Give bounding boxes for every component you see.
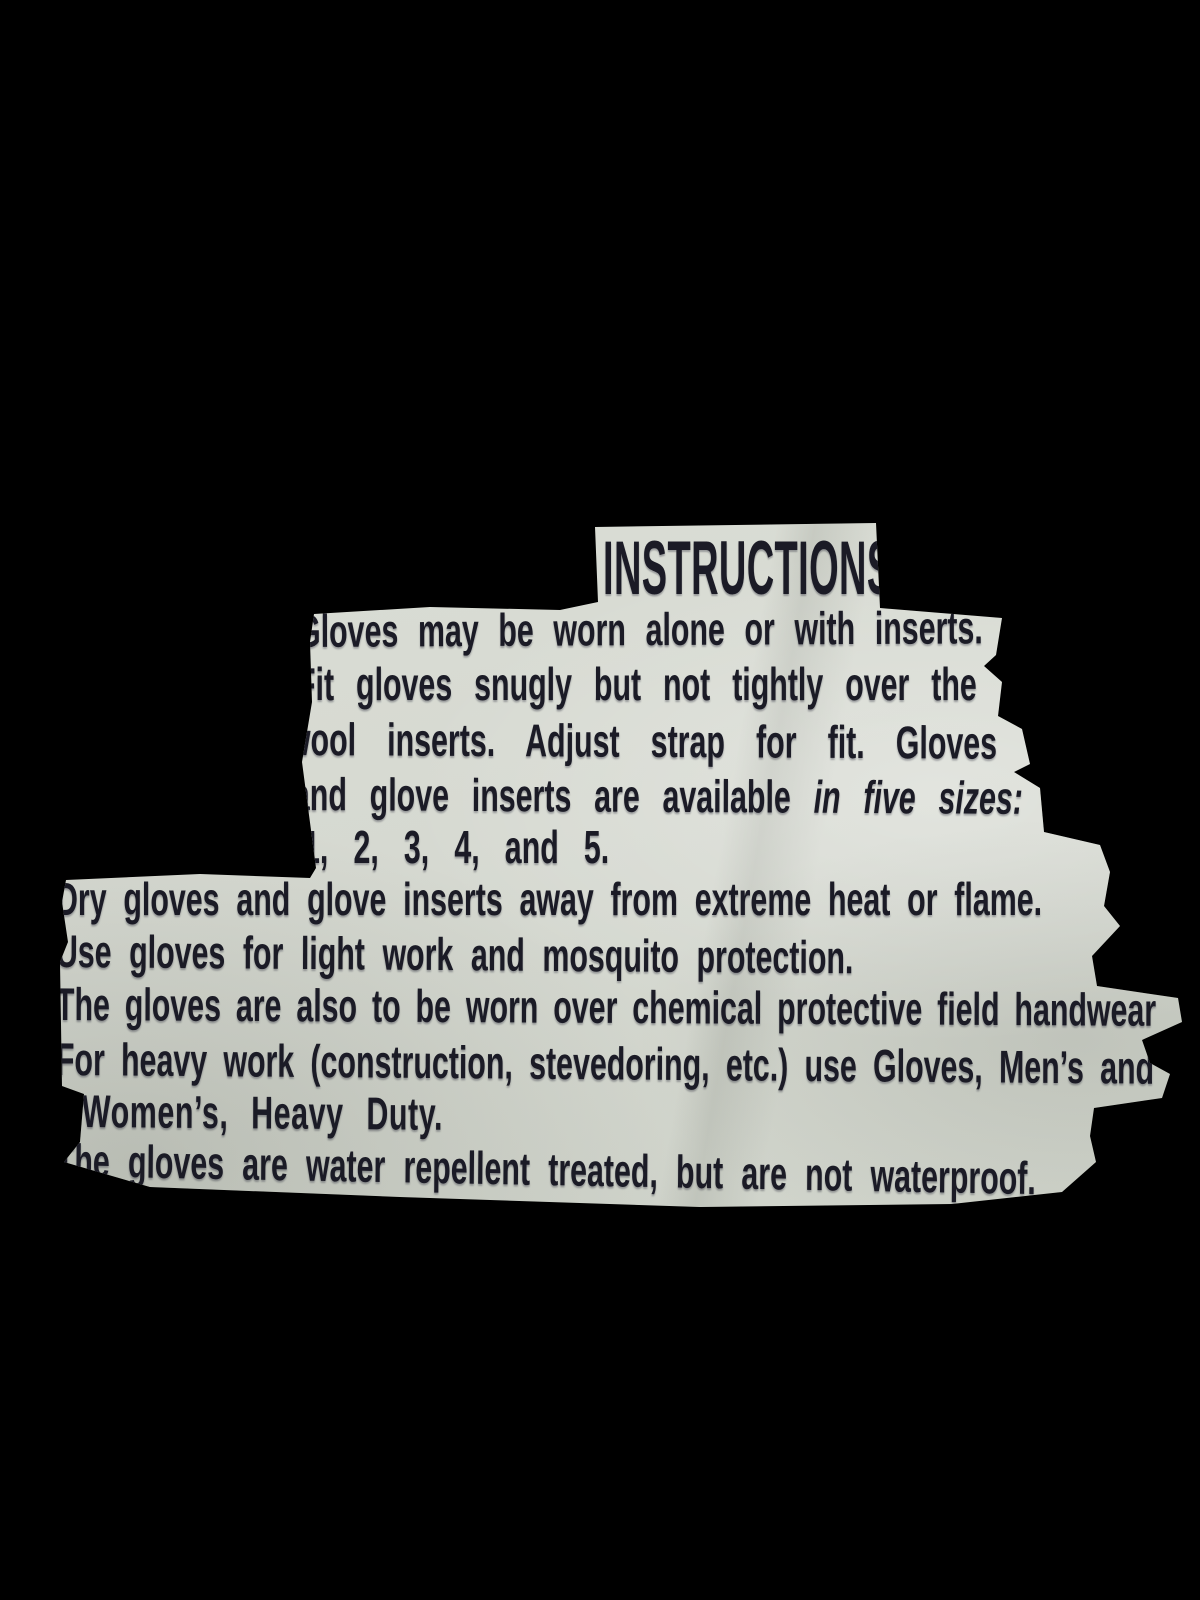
instruction-line-1: Gloves may be worn alone or with inserts… [297,604,983,654]
photo-background: INSTRUCTIONS Gloves may be worn alone or… [0,0,1200,1600]
instructions-title: INSTRUCTIONS [603,531,893,607]
instruction-line-4: and glove inserts are available in five … [293,771,1023,821]
instruction-line-9: For heavy work (construction, stevedorin… [56,1036,1154,1091]
instruction-line-8: The gloves are also to be worn over chem… [56,981,1156,1033]
instruction-line-10: Women’s, Heavy Duty. [82,1088,443,1137]
instruction-line-2: Fit gloves snugly but not tightly over t… [297,661,977,707]
instruction-line-5: 1, 2, 3, 4, and 5. [303,824,609,870]
instruction-line-4-italic: in five sizes: [814,771,1023,824]
instruction-line-4-start: and glove inserts are available [293,768,814,823]
instruction-line-6: Dry gloves and glove inserts away from e… [56,876,1042,922]
instruction-line-7: Use gloves for light work and mosquito p… [56,928,854,980]
paper-cutout: INSTRUCTIONS Gloves may be worn alone or… [40,515,1190,1215]
instruction-line-11: The gloves are water repellent treated, … [56,1137,1036,1201]
instruction-line-3: wool inserts. Adjust strap for fit. Glov… [287,716,997,766]
